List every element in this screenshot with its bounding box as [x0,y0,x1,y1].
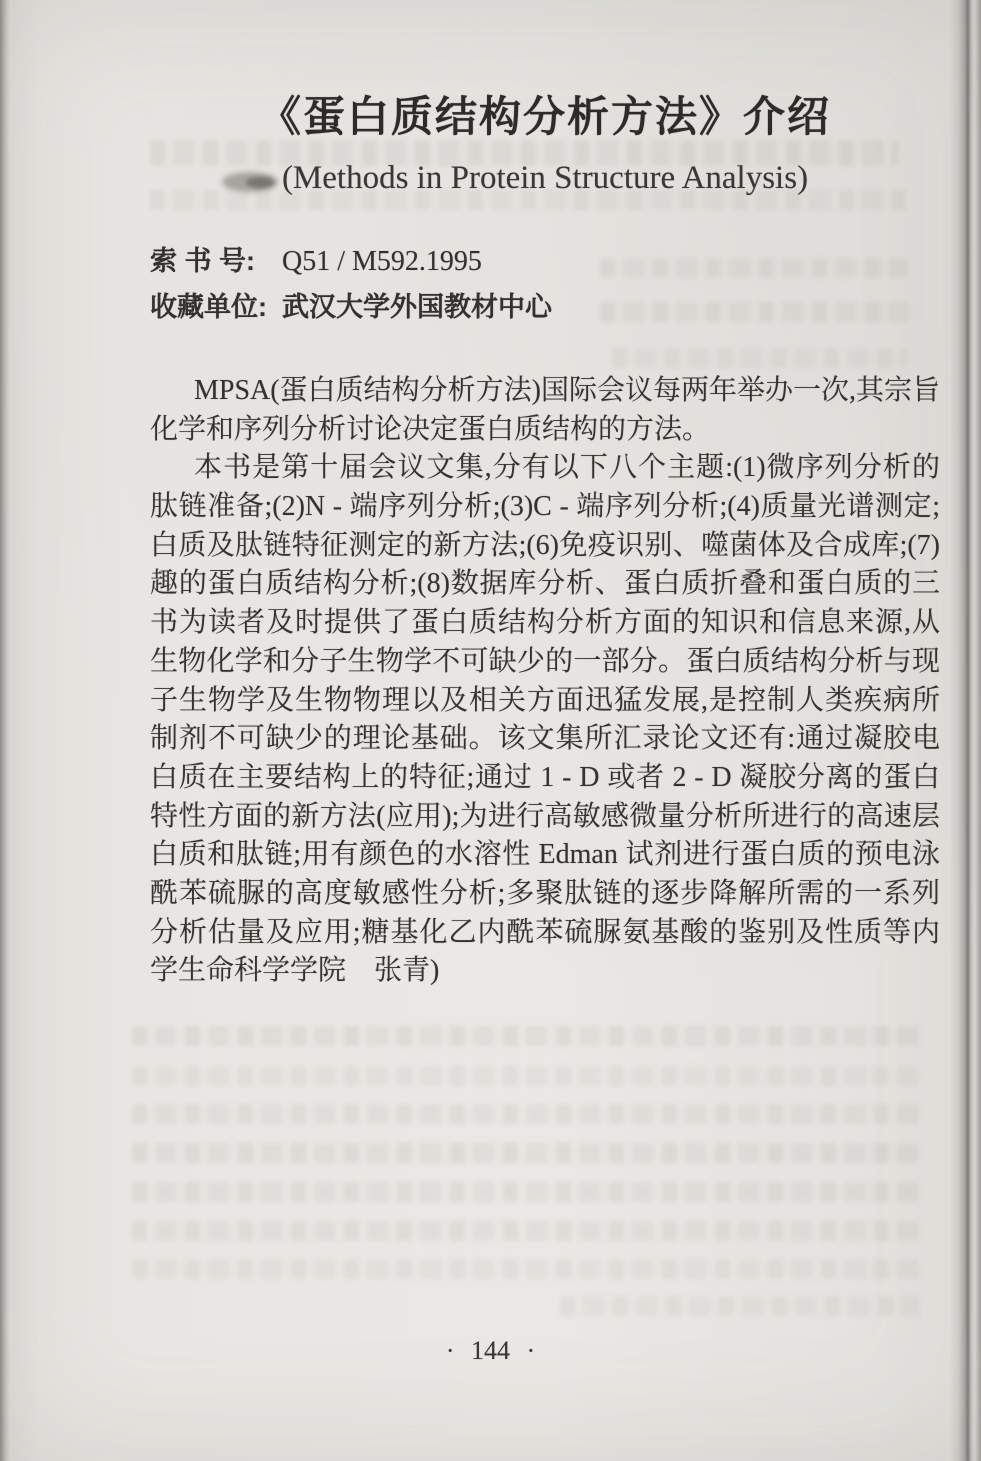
ink-smudge-core [246,177,274,188]
body-line: 特性方面的新方法(应用);为进行高敏感微量分析所进行的高速层析分离蛋 [150,798,940,837]
bleedthrough-line [132,1143,920,1163]
page-title: 《蛋白质结构分析方法》介绍 [150,84,940,144]
body-line: 白质和肽链;用有颜色的水溶性 Edman 试剂进行蛋白质的预电泳标记;乙内 [150,836,940,875]
body-line: 本书是第十届会议文集,分有以下八个主题:(1)微序列分析的蛋白质和 [150,449,940,488]
body-line: 子生物学及生物物理以及相关方面迅猛发展,是控制人类疾病所设计的治序 [150,682,940,721]
body-line: 分析估量及应用;糖基化乙内酰苯硫脲氨基酸的鉴别及性质等内容。(武汉大 [150,914,940,953]
bleedthrough-line [560,1296,920,1316]
body-line: 白质在主要结构上的特征;通过 1 - D 或者 2 - D 凝胶分离的蛋白质在高… [150,759,940,798]
body-line: 化学和序列分析讨论决定蛋白质结构的方法。 [150,411,940,450]
page-number: · 144 · [0,1336,981,1366]
bleedthrough-line [132,1221,920,1241]
body-text: MPSA(蛋白质结构分析方法)国际会议每两年举办一次,其宗旨是基于化学和序列分析… [150,372,940,991]
bleedthrough-line [600,302,918,322]
bleedthrough-line [132,1104,920,1124]
bleedthrough-line [132,1182,920,1202]
page-edge-left [0,0,10,1461]
call-number-label: 索 书 号: [150,244,268,278]
bleedthrough-line [150,140,898,166]
holder-value: 武汉大学外国教材中心 [282,292,552,322]
body-line: 酰苯硫脲的高度敏感性分析;多聚肽链的逐步降解所需的一系列新型试剂的 [150,875,940,914]
body-line: 肽链准备;(2)N - 端序列分析;(3)C - 端序列分析;(4)质量光谱测定… [150,488,940,527]
call-number-value: Q51 / M592.1995 [282,246,482,277]
bleedthrough-line [132,1026,920,1046]
bleedthrough-line [132,1259,920,1279]
scanned-book-page: 《蛋白质结构分析方法》介绍 (Methods in Protein Struct… [0,0,981,1461]
body-line: 书为读者及时提供了蛋白质结构分析方面的知识和信息来源,从而成为现代 [150,604,940,643]
page-edge-right [949,0,981,1461]
body-line: 制剂不可缺少的理论基础。该文集所汇录论文还有:通过凝胶电泳分离的蛋 [150,720,940,759]
body-line: 学生命科学学院 张青) [150,952,940,991]
bleedthrough-line [600,258,908,278]
body-line: 趣的蛋白质结构分析;(8)数据库分析、蛋白质折叠和蛋白质的三级结构。此 [150,565,940,604]
body-line: MPSA(蛋白质结构分析方法)国际会议每两年举办一次,其宗旨是基于 [150,372,940,411]
bleedthrough-line [150,190,906,210]
holder-label: 收藏单位: [150,290,268,324]
body-line: 生物化学和分子生物学不可缺少的一部分。蛋白质结构分析与现代生化、分 [150,643,940,682]
bleedthrough-line [132,1066,920,1086]
body-line: 白质及肽链特征测定的新方法;(6)免疫识别、噬菌体及合成库;(7)有特定兴 [150,527,940,566]
bleedthrough-line [612,348,908,368]
